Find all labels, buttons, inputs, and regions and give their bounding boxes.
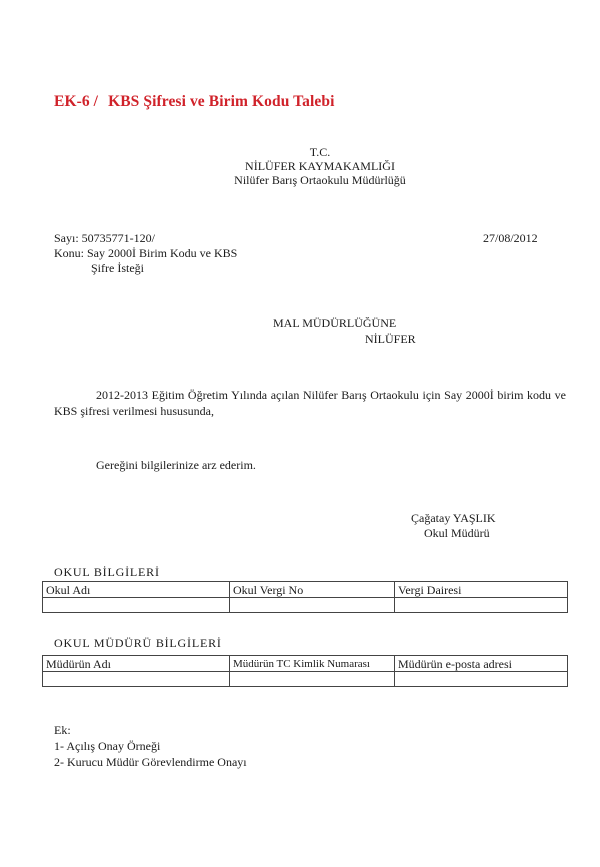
principal-info-label: OKUL MÜDÜRÜ BİLGİLERİ	[54, 636, 222, 651]
table-row	[43, 672, 568, 687]
header-kaymakamlik: NİLÜFER KAYMAKAMLIĞI	[0, 159, 600, 173]
okul-adi-cell[interactable]	[43, 598, 230, 613]
header-school: Nilüfer Barış Ortaokulu Müdürlüğü	[0, 173, 600, 187]
document-title: EK-6 / KBS Şifresi ve Birim Kodu Talebi	[54, 93, 335, 111]
attachments-label: Ek:	[54, 723, 71, 738]
konu-continuation: Şifre İsteği	[91, 261, 144, 276]
signature-name: Çağatay YAŞLIK	[411, 511, 496, 526]
mudur-adi-cell[interactable]	[43, 672, 230, 687]
recipient-line2: NİLÜFER	[365, 332, 416, 347]
konu-line: Konu: Say 2000İ Birim Kodu ve KBS	[54, 246, 237, 261]
body-paragraph: 2012-2013 Eğitim Öğretim Yılında açılan …	[54, 387, 566, 419]
principal-info-table: Müdürün Adı Müdürün TC Kimlik Numarası M…	[42, 655, 568, 687]
table-header-row: Okul Adı Okul Vergi No Vergi Dairesi	[43, 582, 568, 598]
mudur-eposta-cell[interactable]	[395, 672, 568, 687]
attachment-item: 1- Açılış Onay Örneği	[54, 739, 160, 754]
column-header: Okul Vergi No	[230, 582, 395, 598]
attachment-item: 2- Kurucu Müdür Görevlendirme Onayı	[54, 755, 247, 770]
column-header: Müdürün e-posta adresi	[395, 656, 568, 672]
table-header-row: Müdürün Adı Müdürün TC Kimlik Numarası M…	[43, 656, 568, 672]
header-tc: T.C.	[0, 145, 600, 159]
closing-line: Gereğini bilgilerinize arz ederim.	[96, 458, 256, 473]
konu-value: Say 2000İ Birim Kodu ve KBS	[87, 246, 237, 260]
title-text: KBS Şifresi ve Birim Kodu Talebi	[108, 93, 334, 110]
mudur-tc-cell[interactable]	[230, 672, 395, 687]
document-date: 27/08/2012	[483, 231, 538, 246]
vergi-dairesi-cell[interactable]	[395, 598, 568, 613]
konu-label: Konu:	[54, 246, 84, 260]
school-info-table: Okul Adı Okul Vergi No Vergi Dairesi	[42, 581, 568, 613]
sayi-line: Sayı: 50735771-120/	[54, 231, 155, 246]
column-header: Vergi Dairesi	[395, 582, 568, 598]
table-row	[43, 598, 568, 613]
column-header: Müdürün Adı	[43, 656, 230, 672]
title-prefix: EK-6 /	[54, 93, 98, 110]
school-info-label: OKUL BİLGİLERİ	[54, 565, 160, 580]
column-header: Okul Adı	[43, 582, 230, 598]
signature-role: Okul Müdürü	[424, 526, 490, 541]
sayi-value: 50735771-120/	[82, 231, 155, 245]
sayi-label: Sayı:	[54, 231, 79, 245]
okul-vergi-no-cell[interactable]	[230, 598, 395, 613]
recipient-line1: MAL MÜDÜRLÜĞÜNE	[273, 316, 396, 331]
column-header: Müdürün TC Kimlik Numarası	[230, 656, 395, 672]
